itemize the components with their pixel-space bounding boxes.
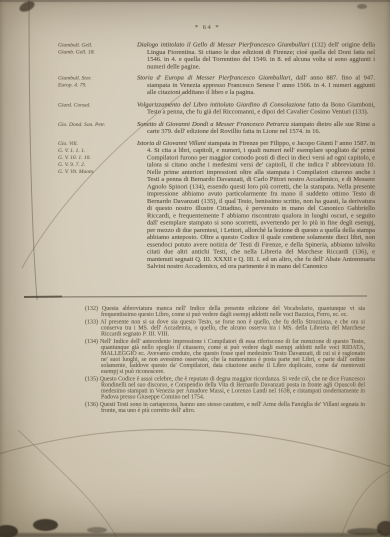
entry-description: stampata in Firenze per Filippo, e Jacop…: [147, 139, 375, 270]
margin-citation-labels: Giambull. Stor.Europ. 4. 79.: [58, 74, 137, 89]
footnote-text: Nell' Indice dell' antecedente impressio…: [100, 338, 365, 375]
footnote: (136) Questi Testi sono in cartapecora, …: [85, 401, 365, 413]
margin-citation-label: G. V. Vit. Maom.: [58, 168, 137, 175]
margin-citation-label: Gio. Vill.: [58, 140, 137, 147]
margin-citation-labels: Gio. Vill.G. V. 1. 1. 1.G. V. 10. 1. 10.…: [58, 139, 137, 175]
catalog-entry: Gio. Dond. Son. Petr.Sonetto di Giovanni…: [58, 120, 370, 135]
margin-citation-label: Giard. Consal.: [58, 101, 137, 108]
entry-paragraph: Volgarizzamento del Libro intitolato Gia…: [137, 101, 375, 116]
margin-citation-label: Giambull. Stor.: [58, 75, 137, 82]
page-number-header: * 64 *: [150, 23, 265, 31]
margin-citation-labels: Gio. Dond. Son. Petr.: [58, 120, 137, 128]
footnotes-block: (132) Questa abbreviatura manca nell' In…: [85, 305, 365, 415]
page-content: * 64 * Giambull. Gell.Giamb. Gell. 18.Di…: [0, 0, 390, 537]
entry-paragraph: Dialogo intitolato il Gello di Messer Pi…: [137, 41, 375, 70]
catalog-entry: Giambull. Gell.Giamb. Gell. 18.Dialogo i…: [58, 41, 370, 70]
footnote: (132) Questa abbreviatura manca nell' In…: [85, 305, 365, 317]
margin-citation-label: G. V. 9. 7. 2.: [58, 161, 137, 168]
margin-citation-label: Giamb. Gell. 18.: [58, 49, 137, 56]
footnote: (133) Al presente non si sa dove sia que…: [85, 319, 365, 337]
catalog-entry: Giard. Consal.Volgarizzamento del Libro …: [58, 101, 370, 116]
footnote-marker: (134): [85, 338, 100, 345]
footnote-text: Questo Codice è assai celebre, che è rep…: [100, 375, 365, 400]
margin-citation-label: Giambull. Gell.: [58, 42, 137, 49]
entry-paragraph: Sonetto di Giovanni Dondi a Messer Franc…: [137, 120, 375, 135]
footnote-marker: (133): [85, 318, 100, 325]
margin-citation-label: G. V. 1. 1. 1.: [58, 147, 137, 154]
margin-citation-label: G. V. 10. 1. 10.: [58, 154, 137, 161]
catalog-entry: Gio. Vill.G. V. 1. 1. 1.G. V. 10. 1. 10.…: [58, 139, 370, 270]
footnote: (134) Nell' Indice dell' antecedente imp…: [85, 338, 365, 374]
footnote-text: Questa abbreviatura manca nell' Indice d…: [101, 305, 365, 318]
footnote: (135) Questo Codice è assai celebre, che…: [85, 376, 365, 400]
footnote-marker: (136): [85, 401, 100, 408]
footnote-text: Al presente non si sa dove sia questo Te…: [100, 318, 365, 337]
footnote-text: Questi Testi sono in cartapecora, hanno …: [100, 401, 365, 414]
margin-citation-label: Gio. Dond. Son. Petr.: [58, 121, 137, 128]
entry-paragraph: Storia d' Europa di Messer Pierfrancesco…: [137, 74, 375, 96]
entry-paragraph: Istoria di Giovanni Villani stampata in …: [137, 139, 375, 270]
margin-citation-label: Europ. 4. 79.: [58, 82, 137, 89]
scanned-book-page: * 64 * Giambull. Gell.Giamb. Gell. 18.Di…: [0, 0, 390, 537]
footnote-marker: (132): [85, 305, 102, 312]
catalog-entry: Giambull. Stor.Europ. 4. 79.Storia d' Eu…: [58, 74, 370, 96]
margin-citation-labels: Giard. Consal.: [58, 101, 137, 109]
catalog-entries: Giambull. Gell.Giamb. Gell. 18.Dialogo i…: [58, 41, 370, 270]
margin-citation-labels: Giambull. Gell.Giamb. Gell. 18.: [58, 41, 137, 56]
footnote-marker: (135): [85, 375, 100, 382]
